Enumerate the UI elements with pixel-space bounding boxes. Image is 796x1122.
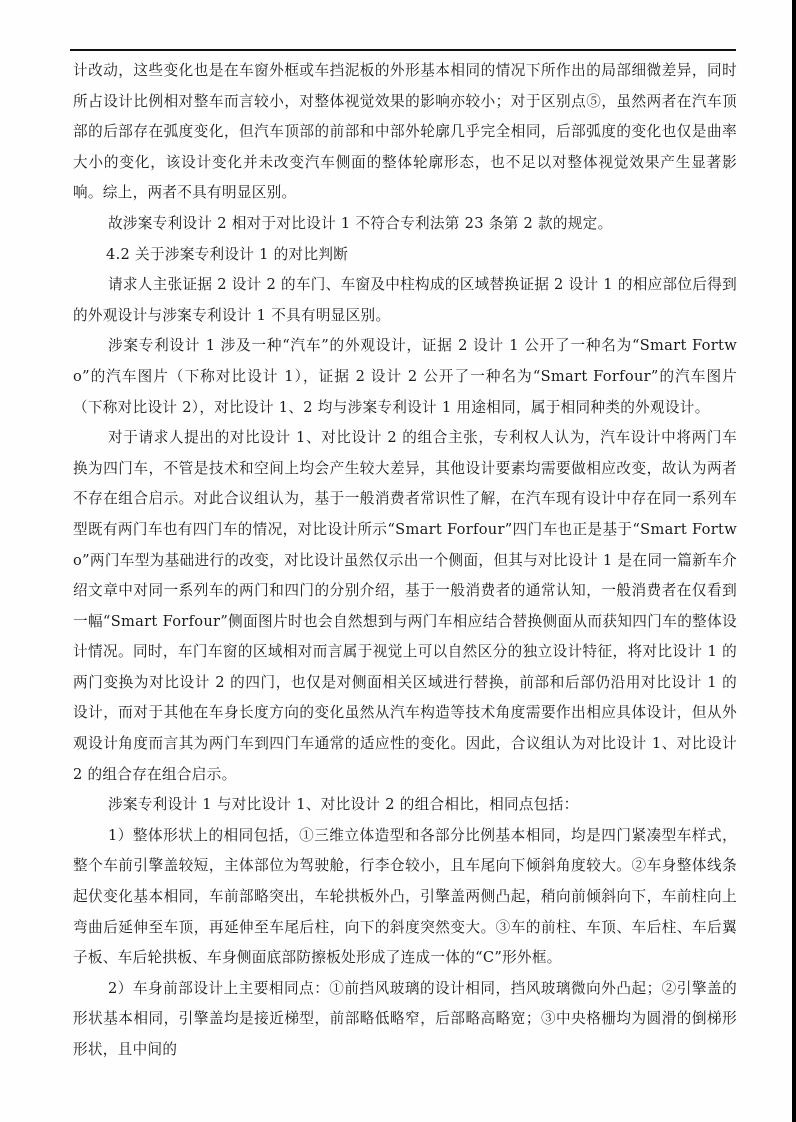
paragraph-requester-claim: 请求人主张证据 2 设计 2 的车门、车窗及中柱构成的区域替换证据 2 设计 1… (73, 270, 737, 331)
paragraph-overall-shape: 1）整体形状上的相同包括，①三维立体造型和各部分比例基本相同，均是四门紧凑型车样… (73, 821, 737, 974)
paragraph-conclusion-design-2: 故涉案专利设计 2 相对于对比设计 1 不符合专利法第 23 条第 2 款的规定… (73, 209, 737, 240)
page-body: 计改动，这些变化也是在车窗外框或车挡泥板的外形基本相同的情况下所作出的局部细微差… (73, 56, 737, 1066)
scan-edge-border (792, 0, 796, 1122)
paragraph-front-design: 2）车身前部设计上主要相同点：①前挡风玻璃的设计相同，挡风玻璃微向外凸起；②引擎… (73, 974, 737, 1066)
paragraph-similarities-intro: 涉案专利设计 1 与对比设计 1、对比设计 2 的组合相比，相同点包括： (73, 790, 737, 821)
section-heading-4-2: 4.2 关于涉案专利设计 1 的对比判断 (73, 240, 737, 271)
paragraph-continuation: 计改动，这些变化也是在车窗外框或车挡泥板的外形基本相同的情况下所作出的局部细微差… (73, 56, 737, 209)
paragraph-combination-analysis: 对于请求人提出的对比设计 1、对比设计 2 的组合主张，专利权人认为，汽车设计中… (73, 423, 737, 790)
paragraph-design-description: 涉案专利设计 1 涉及一种“汽车”的外观设计，证据 2 设计 1 公开了一种名为… (73, 331, 737, 423)
header-rule (70, 49, 736, 51)
